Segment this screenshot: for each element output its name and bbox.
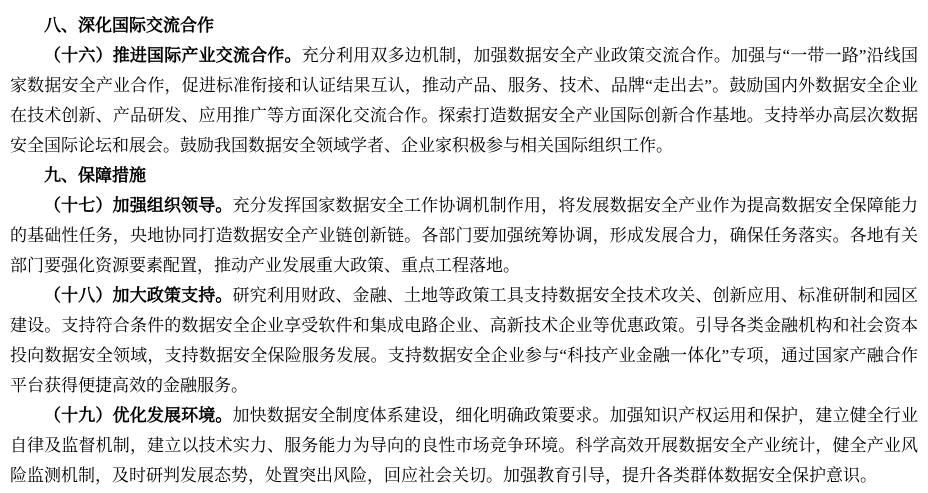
paragraph-19: （十九）优化发展环境。加快数据安全制度体系建设，细化明确政策要求。加强知识产权运… (10, 401, 918, 491)
paragraph-18-lead: （十八）加大政策支持。 (44, 286, 233, 305)
section-heading-9: 九、保障措施 (10, 161, 918, 191)
section-heading-8: 八、深化国际交流合作 (10, 11, 918, 41)
paragraph-16: （十六）推进国际产业交流合作。充分利用双多边机制，加强数据安全产业政策交流合作。… (10, 41, 918, 161)
paragraph-18: （十八）加大政策支持。研究利用财政、金融、土地等政策工具支持数据安全技术攻关、创… (10, 281, 918, 401)
paragraph-16-lead: （十六）推进国际产业交流合作。 (44, 46, 302, 65)
paragraph-19-lead: （十九）优化发展环境。 (44, 406, 233, 425)
paragraph-17-lead: （十七）加强组织领导。 (44, 196, 233, 215)
document-page: 八、深化国际交流合作 （十六）推进国际产业交流合作。充分利用双多边机制，加强数据… (0, 0, 928, 493)
paragraph-17: （十七）加强组织领导。充分发挥国家数据安全工作协调机制作用，将发展数据安全产业作… (10, 191, 918, 281)
